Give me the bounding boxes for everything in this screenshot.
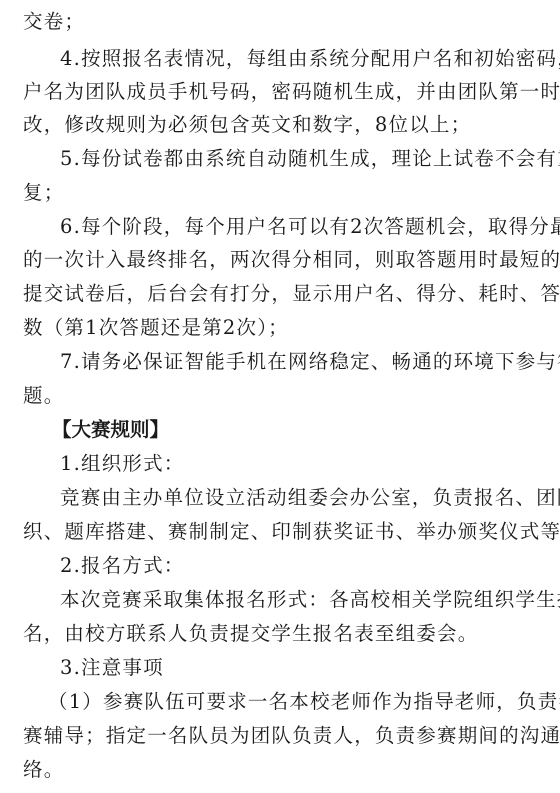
paragraph-line: 赛辅导；指定一名队员为团队负责人，负责参赛期间的沟通、联: [23, 724, 538, 748]
section-heading: 【大赛规则】: [52, 418, 560, 442]
paragraph-line: 本次竞赛采取集体报名形式：各高校相关学院组织学生报: [60, 588, 538, 612]
paragraph-line: 6.每个阶段，每个用户名可以有2次答题机会，取得分最高: [60, 215, 538, 239]
paragraph-line: 户名为团队成员手机号码，密码随机生成，并由团队第一时间修: [23, 80, 538, 104]
paragraph-line: 7.请务必保证智能手机在网络稳定、畅通的环境下参与答: [60, 350, 538, 374]
paragraph-line: 改，修改规则为必须包含英文和数字，8位以上；: [23, 113, 538, 137]
paragraph-line: 1.组织形式：: [60, 452, 538, 476]
paragraph-line: 复；: [23, 181, 538, 205]
paragraph-line: 4.按照报名表情况，每组由系统分配用户名和初始密码，用: [60, 47, 538, 71]
paragraph-line: 络。: [23, 758, 538, 782]
paragraph-line: 5.每份试卷都由系统自动随机生成，理论上试卷不会有重: [60, 147, 538, 171]
paragraph-line: 竞赛由主办单位设立活动组委会办公室，负责报名、团队组: [60, 486, 538, 510]
paragraph-line: 织、题库搭建、赛制制定、印制获奖证书、举办颁奖仪式等。: [23, 520, 538, 544]
paragraph-line: 提交试卷后，后台会有打分，显示用户名、得分、耗时、答题次: [23, 282, 538, 306]
paragraph-line: 数（第1次答题还是第2次）；: [23, 316, 538, 340]
paragraph-line: 的一次计入最终排名，两次得分相同，则取答题用时最短的一次；: [23, 248, 538, 272]
paragraph-line: 3.注意事项: [60, 656, 538, 680]
paragraph-line: 交卷；: [23, 10, 538, 34]
paragraph-line: 名，由校方联系人负责提交学生报名表至组委会。: [23, 622, 538, 646]
paragraph-line: （1）参赛队伍可要求一名本校老师作为指导老师，负责参: [48, 690, 538, 714]
paragraph-line: 2.报名方式：: [60, 554, 538, 578]
paragraph-line: 题。: [23, 384, 538, 408]
